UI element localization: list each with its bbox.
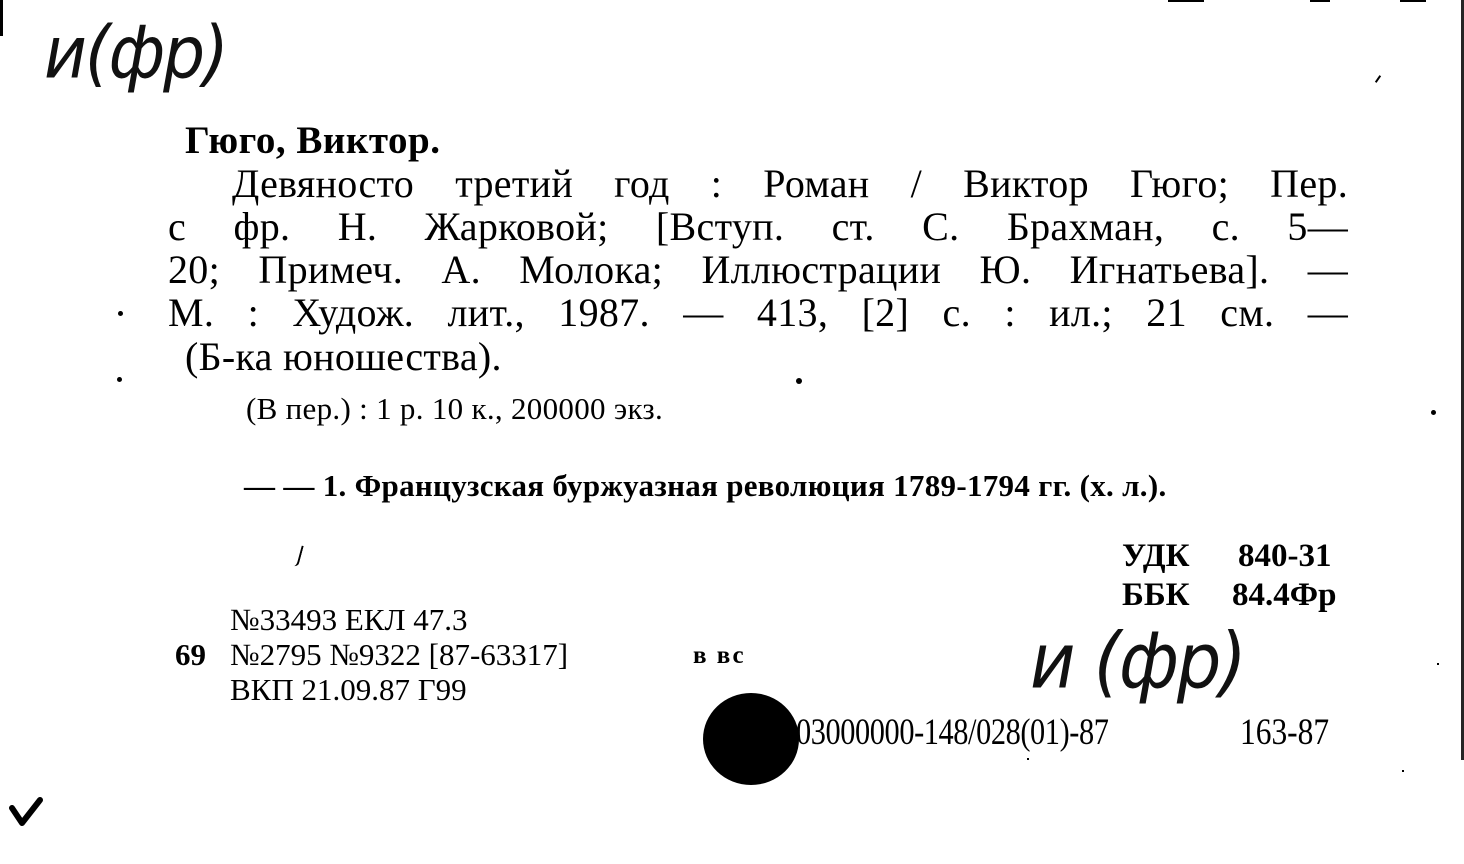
punch-hole-dot xyxy=(703,693,799,785)
handwritten-note-top: и(фр) xyxy=(44,10,227,95)
description-line-4: М. : Худож. лит., 1987. — 413, [2] с. : … xyxy=(168,289,1348,336)
technical-line-2-tag: в вс xyxy=(693,642,746,670)
card-number: 163-87 xyxy=(1240,711,1329,754)
handwritten-note-bottom: и (фр) xyxy=(1030,616,1245,706)
scan-edge-left xyxy=(0,0,3,36)
speck-dot xyxy=(796,378,802,384)
bbk-label: ББК xyxy=(1122,577,1190,614)
technical-line-2: №2795 №9322 [87-63317] xyxy=(230,637,568,673)
udk-label: УДК xyxy=(1122,538,1190,575)
speck-dot xyxy=(118,311,123,316)
scan-edge-top-2 xyxy=(1310,0,1330,2)
speck-dot xyxy=(117,377,122,382)
scan-edge-top-3 xyxy=(1400,0,1426,2)
technical-line-3: ВКП 21.09.87 Г99 xyxy=(230,672,467,708)
subject-heading: — — 1. Французская буржуазная революция … xyxy=(244,468,1167,504)
pen-mark xyxy=(293,545,304,568)
publication-code: 03000000-148/028(01)-87 xyxy=(796,711,1108,754)
speck-mark xyxy=(1375,75,1381,83)
description-line-1: Девяносто третий год : Роман / Виктор Гю… xyxy=(232,160,1348,207)
author-heading: Гюго, Виктор. xyxy=(185,118,440,163)
speck-dot xyxy=(1402,770,1404,772)
check-mark-icon xyxy=(8,788,58,838)
udk-value: 840-31 xyxy=(1238,538,1332,575)
description-line-2: с фр. Н. Жарковой; [Вступ. ст. С. Брахма… xyxy=(168,203,1348,250)
speck-dot xyxy=(1431,410,1436,415)
scan-edge-top-1 xyxy=(1168,0,1204,2)
description-line-5: (Б-ка юношества). xyxy=(185,333,502,380)
bbk-value: 84.4Фр xyxy=(1232,577,1336,614)
speck-dot xyxy=(1437,663,1439,665)
technical-line-1: №33493 ЕКЛ 47.3 xyxy=(230,602,467,638)
description-line-3: 20; Примеч. А. Молока; Иллюстрации Ю. Иг… xyxy=(168,246,1348,293)
technical-line-2-prefix: 69 xyxy=(175,637,206,673)
price-line: (В пер.) : 1 р. 10 к., 200000 экз. xyxy=(246,391,663,427)
speck-dot xyxy=(1027,758,1029,760)
